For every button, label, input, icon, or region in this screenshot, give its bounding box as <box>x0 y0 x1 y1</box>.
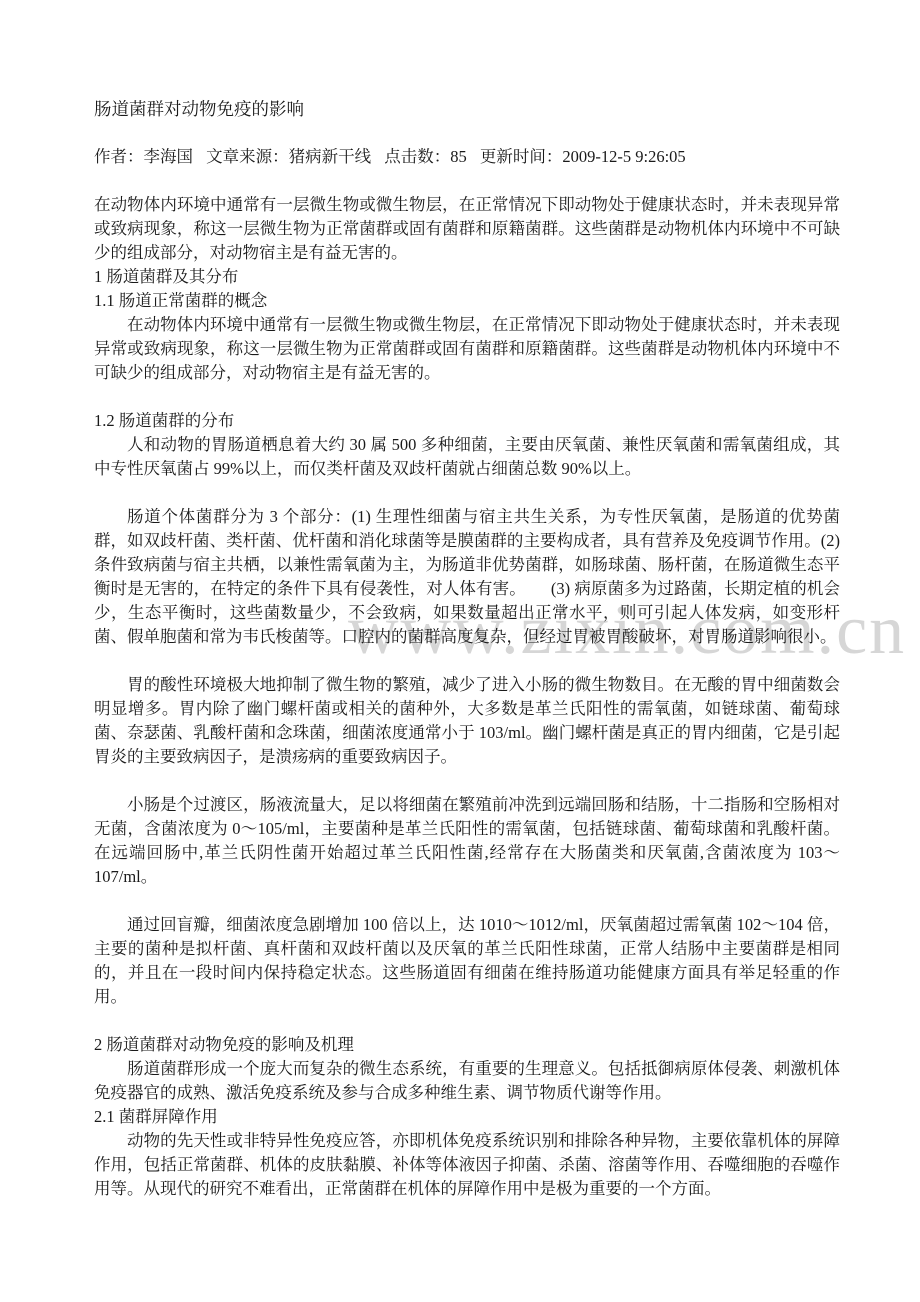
meta-clicks-label: 点击数： <box>384 147 450 166</box>
heading-section-1-2: 1.2 肠道菌群的分布 <box>94 409 840 433</box>
spacer <box>94 649 840 673</box>
paragraph-section-1-2-d: 小肠是个过渡区，肠液流量大，足以将细菌在繁殖前冲洗到远端回肠和结肠，十二指肠和空… <box>94 793 840 889</box>
meta-source-value: 猪病新干线 <box>289 147 372 166</box>
paragraph-intro: 在动物体内环境中通常有一层微生物或微生物层，在正常情况下即动物处于健康状态时，并… <box>94 193 840 265</box>
meta-author-label: 作者： <box>94 147 144 166</box>
meta-clicks: 点击数：85 <box>384 147 467 166</box>
paragraph-section-1-2-b: 肠道个体菌群分为 3 个部分：(1) 生理性细菌与宿主共生关系，为专性厌氧菌，是… <box>94 505 840 649</box>
paragraph-section-1-2-c: 胃的酸性环境极大地抑制了微生物的繁殖，减少了进入小肠的微生物数目。在无酸的胃中细… <box>94 673 840 769</box>
meta-updated-label: 更新时间： <box>480 147 563 166</box>
spacer <box>94 769 840 793</box>
paragraph-section-1-1: 在动物体内环境中通常有一层微生物或微生物层，在正常情况下即动物处于健康状态时，并… <box>94 313 840 385</box>
article-meta-line: 作者：李海国 文章来源：猪病新干线 点击数：85 更新时间：2009-12-5 … <box>94 145 840 169</box>
meta-clicks-value: 85 <box>450 147 467 166</box>
meta-updated-value: 2009-12-5 9:26:05 <box>562 147 685 166</box>
spacer <box>94 481 840 505</box>
document-page: 肠道菌群对动物免疫的影响 作者：李海国 文章来源：猪病新干线 点击数：85 更新… <box>94 97 840 1201</box>
heading-section-1: 1 肠道菌群及其分布 <box>94 265 840 289</box>
spacer <box>94 1009 840 1033</box>
meta-author-value: 李海国 <box>144 147 194 166</box>
heading-section-2-1: 2.1 菌群屏障作用 <box>94 1105 840 1129</box>
spacer <box>94 889 840 913</box>
spacer <box>94 385 840 409</box>
heading-section-1-1: 1.1 肠道正常菌群的概念 <box>94 289 840 313</box>
meta-source: 文章来源：猪病新干线 <box>206 147 371 166</box>
meta-updated: 更新时间：2009-12-5 9:26:05 <box>480 147 686 166</box>
heading-section-2: 2 肠道菌群对动物免疫的影响及机理 <box>94 1033 840 1057</box>
paragraph-section-1-2-e: 通过回盲瓣，细菌浓度急剧增加 100 倍以上，达 1010～1012/ml，厌氧… <box>94 913 840 1009</box>
spacer <box>94 121 840 145</box>
paragraph-section-2: 肠道菌群形成一个庞大而复杂的微生态系统，有重要的生理意义。包括抵御病原体侵袭、刺… <box>94 1057 840 1105</box>
spacer <box>94 169 840 193</box>
meta-author: 作者：李海国 <box>94 147 193 166</box>
paragraph-section-1-2-a: 人和动物的胃肠道栖息着大约 30 属 500 多种细菌，主要由厌氧菌、兼性厌氧菌… <box>94 433 840 481</box>
meta-source-label: 文章来源： <box>206 147 289 166</box>
paragraph-section-2-1: 动物的先天性或非特异性免疫应答，亦即机体免疫系统识别和排除各种异物，主要依靠机体… <box>94 1129 840 1201</box>
document-title: 肠道菌群对动物免疫的影响 <box>94 97 840 121</box>
